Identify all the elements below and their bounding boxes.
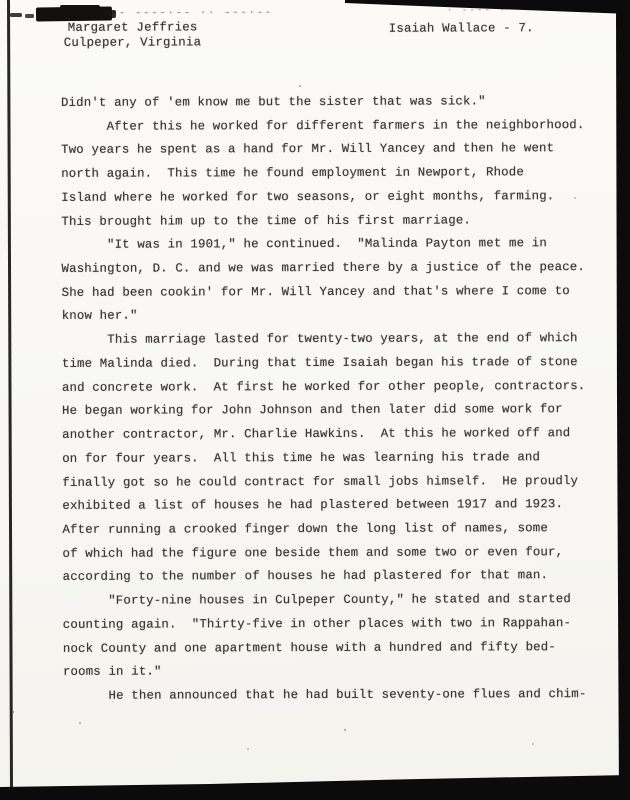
text-line: north again. This time he found employme… bbox=[61, 161, 601, 187]
header-interviewer-location: Culpeper, Virginia bbox=[64, 35, 202, 49]
text-line: according to the number of houses he had… bbox=[63, 564, 603, 590]
text-line: Two years he spent as a hand for Mr. Wil… bbox=[61, 137, 601, 163]
text-line: Island where he worked for two seasons, … bbox=[61, 185, 601, 211]
struck-out-line-marks: -- ----·-- ·· ---·-- bbox=[111, 7, 273, 20]
text-line: This brought him up to the time of his f… bbox=[61, 209, 601, 235]
text-line: He began working for John Johnson and th… bbox=[62, 398, 602, 424]
text-line: He then announced that he had built seve… bbox=[63, 683, 603, 709]
body-text: Didn't any of 'em know me but the sister… bbox=[61, 90, 603, 709]
text-line: finally got so he could contract for sma… bbox=[62, 469, 602, 495]
text-line: She had been cookin' for Mr. Will Yancey… bbox=[62, 280, 602, 306]
text-line: rooms in it." bbox=[63, 659, 603, 685]
text-line: "Forty-nine houses in Culpeper County," … bbox=[63, 588, 603, 614]
text-line: exhibited a list of houses he had plaste… bbox=[62, 493, 602, 519]
scanned-document-page: -- ----·-- ·· ---·-- · ---- · · · · · --… bbox=[0, 0, 630, 800]
text-line: another contractor, Mr. Charlie Hawkins.… bbox=[62, 422, 602, 448]
text-line: and concrete work. At first he worked fo… bbox=[62, 375, 602, 401]
text-line: Washington, D. C. and we was married the… bbox=[62, 256, 602, 282]
stray-scan-marks: · ---- · · · · · -- · bbox=[447, 5, 620, 17]
text-line: nock County and one apartment house with… bbox=[63, 636, 603, 662]
text-line: of which had the figure one beside them … bbox=[62, 541, 602, 567]
text-line: After running a crooked finger down the … bbox=[62, 517, 602, 543]
text-line: This marriage lasted for twenty-two year… bbox=[62, 327, 602, 353]
text-line: counting again. "Thirty-five in other pl… bbox=[63, 612, 603, 638]
text-line: know her." bbox=[62, 303, 602, 329]
text-line: on for four years. All this time he was … bbox=[62, 446, 602, 472]
text-line: time Malinda died. During that time Isai… bbox=[62, 351, 602, 377]
text-line: After this he worked for different farme… bbox=[61, 114, 601, 140]
typewritten-content: -- ----·-- ·· ---·-- · ---- · · · · · --… bbox=[0, 0, 630, 800]
header-interviewer-name: Margaret Jeffries bbox=[68, 20, 198, 34]
text-line: "It was in 1901," he continued. "Malinda… bbox=[61, 232, 601, 258]
text-line: Didn't any of 'em know me but the sister… bbox=[61, 90, 601, 116]
header-subject-page-number: Isaiah Wallace - 7. bbox=[389, 21, 534, 36]
